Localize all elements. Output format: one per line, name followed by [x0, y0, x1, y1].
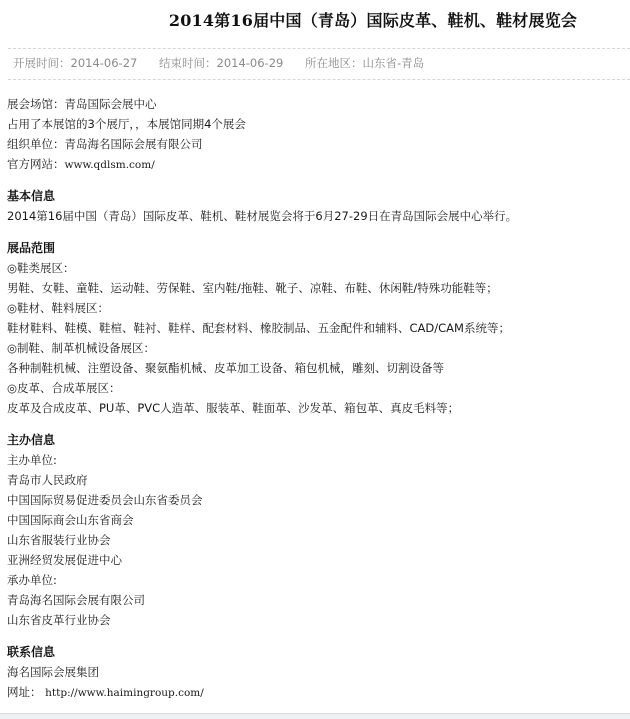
region-value: 山东省-青岛	[363, 56, 425, 70]
official-website: 官方网站：www.qdlsm.com/	[7, 154, 627, 174]
scope-line: 皮革及合成皮革、PU革、PVC人造革、服装革、鞋面革、沙发革、箱包革、真皮毛料等…	[7, 398, 627, 418]
end-date: 结束时间：2014-06-29	[159, 56, 283, 70]
host-line: 山东省服装行业协会	[7, 530, 627, 550]
exhibit-scope-heading: 展品范围	[7, 238, 627, 258]
scope-line: 男鞋、女鞋、童鞋、运动鞋、劳保鞋、室内鞋/拖鞋、靴子、凉鞋、布鞋、休闲鞋/特殊功…	[7, 278, 627, 298]
exhibition-content: 展会场馆：青岛国际会展中心 占用了本展馆的3个展厅，，本展馆同期4个展会 组织单…	[7, 94, 627, 702]
contact-website-label: 网址：	[7, 685, 42, 699]
end-date-label: 结束时间：	[159, 56, 217, 70]
host-line: 山东省皮革行业协会	[7, 610, 627, 630]
region-label: 所在地区：	[305, 56, 363, 70]
host-line: 青岛海名国际会展有限公司	[7, 590, 627, 610]
contact-website-link[interactable]: http://www.haimingroup.com/	[45, 687, 204, 699]
host-line: 青岛市人民政府	[7, 470, 627, 490]
page-title: 2014第16届中国（青岛）国际皮革、鞋机、鞋材展览会	[0, 8, 630, 31]
scope-line: ◎制鞋、制革机械设备展区：	[7, 338, 627, 358]
scope-line: 各种制鞋机械、注塑设备、聚氨酯机械、皮革加工设备、箱包机械，雕刻、切割设备等	[7, 358, 627, 378]
host-line: 中国国际贸易促进委员会山东省委员会	[7, 490, 627, 510]
scope-line: ◎皮革、合成革展区：	[7, 378, 627, 398]
host-line: 亚洲经贸发展促进中心	[7, 550, 627, 570]
contact-info-heading: 联系信息	[7, 642, 627, 662]
basic-info-heading: 基本信息	[7, 186, 627, 206]
start-date: 开展时间：2014-06-27	[13, 56, 137, 70]
basic-info-text: 2014第16届中国（青岛）国际皮革、鞋机、鞋材展览会将于6月27-29日在青岛…	[7, 206, 627, 226]
scope-line: ◎鞋类展区：	[7, 258, 627, 278]
host-line: 主办单位:	[7, 450, 627, 470]
official-website-link[interactable]: www.qdlsm.com/	[65, 159, 155, 171]
contact-website: 网址： http://www.haimingroup.com/	[7, 682, 627, 702]
exhibition-meta-bar: 开展时间：2014-06-27 结束时间：2014-06-29 所在地区：山东省…	[8, 48, 630, 80]
organizer: 组织单位：青岛海名国际会展有限公司	[7, 134, 627, 154]
host-line: 中国国际商会山东省商会	[7, 510, 627, 530]
host-line: 承办单位:	[7, 570, 627, 590]
bottom-divider	[0, 713, 630, 719]
start-date-label: 开展时间：	[13, 56, 71, 70]
host-info-heading: 主办信息	[7, 430, 627, 450]
contact-company: 海名国际会展集团	[7, 662, 627, 682]
official-website-label: 官方网站：	[7, 157, 65, 171]
end-date-value: 2014-06-29	[217, 56, 284, 70]
start-date-value: 2014-06-27	[71, 56, 138, 70]
venue: 展会场馆：青岛国际会展中心	[7, 94, 627, 114]
scope-line: 鞋材鞋料、鞋模、鞋楦、鞋衬、鞋样、配套材料、橡胶制品、五金配件和辅料、CAD/C…	[7, 318, 627, 338]
region: 所在地区：山东省-青岛	[305, 56, 424, 70]
halls-info: 占用了本展馆的3个展厅，，本展馆同期4个展会	[7, 114, 627, 134]
scope-line: ◎鞋材、鞋料展区：	[7, 298, 627, 318]
